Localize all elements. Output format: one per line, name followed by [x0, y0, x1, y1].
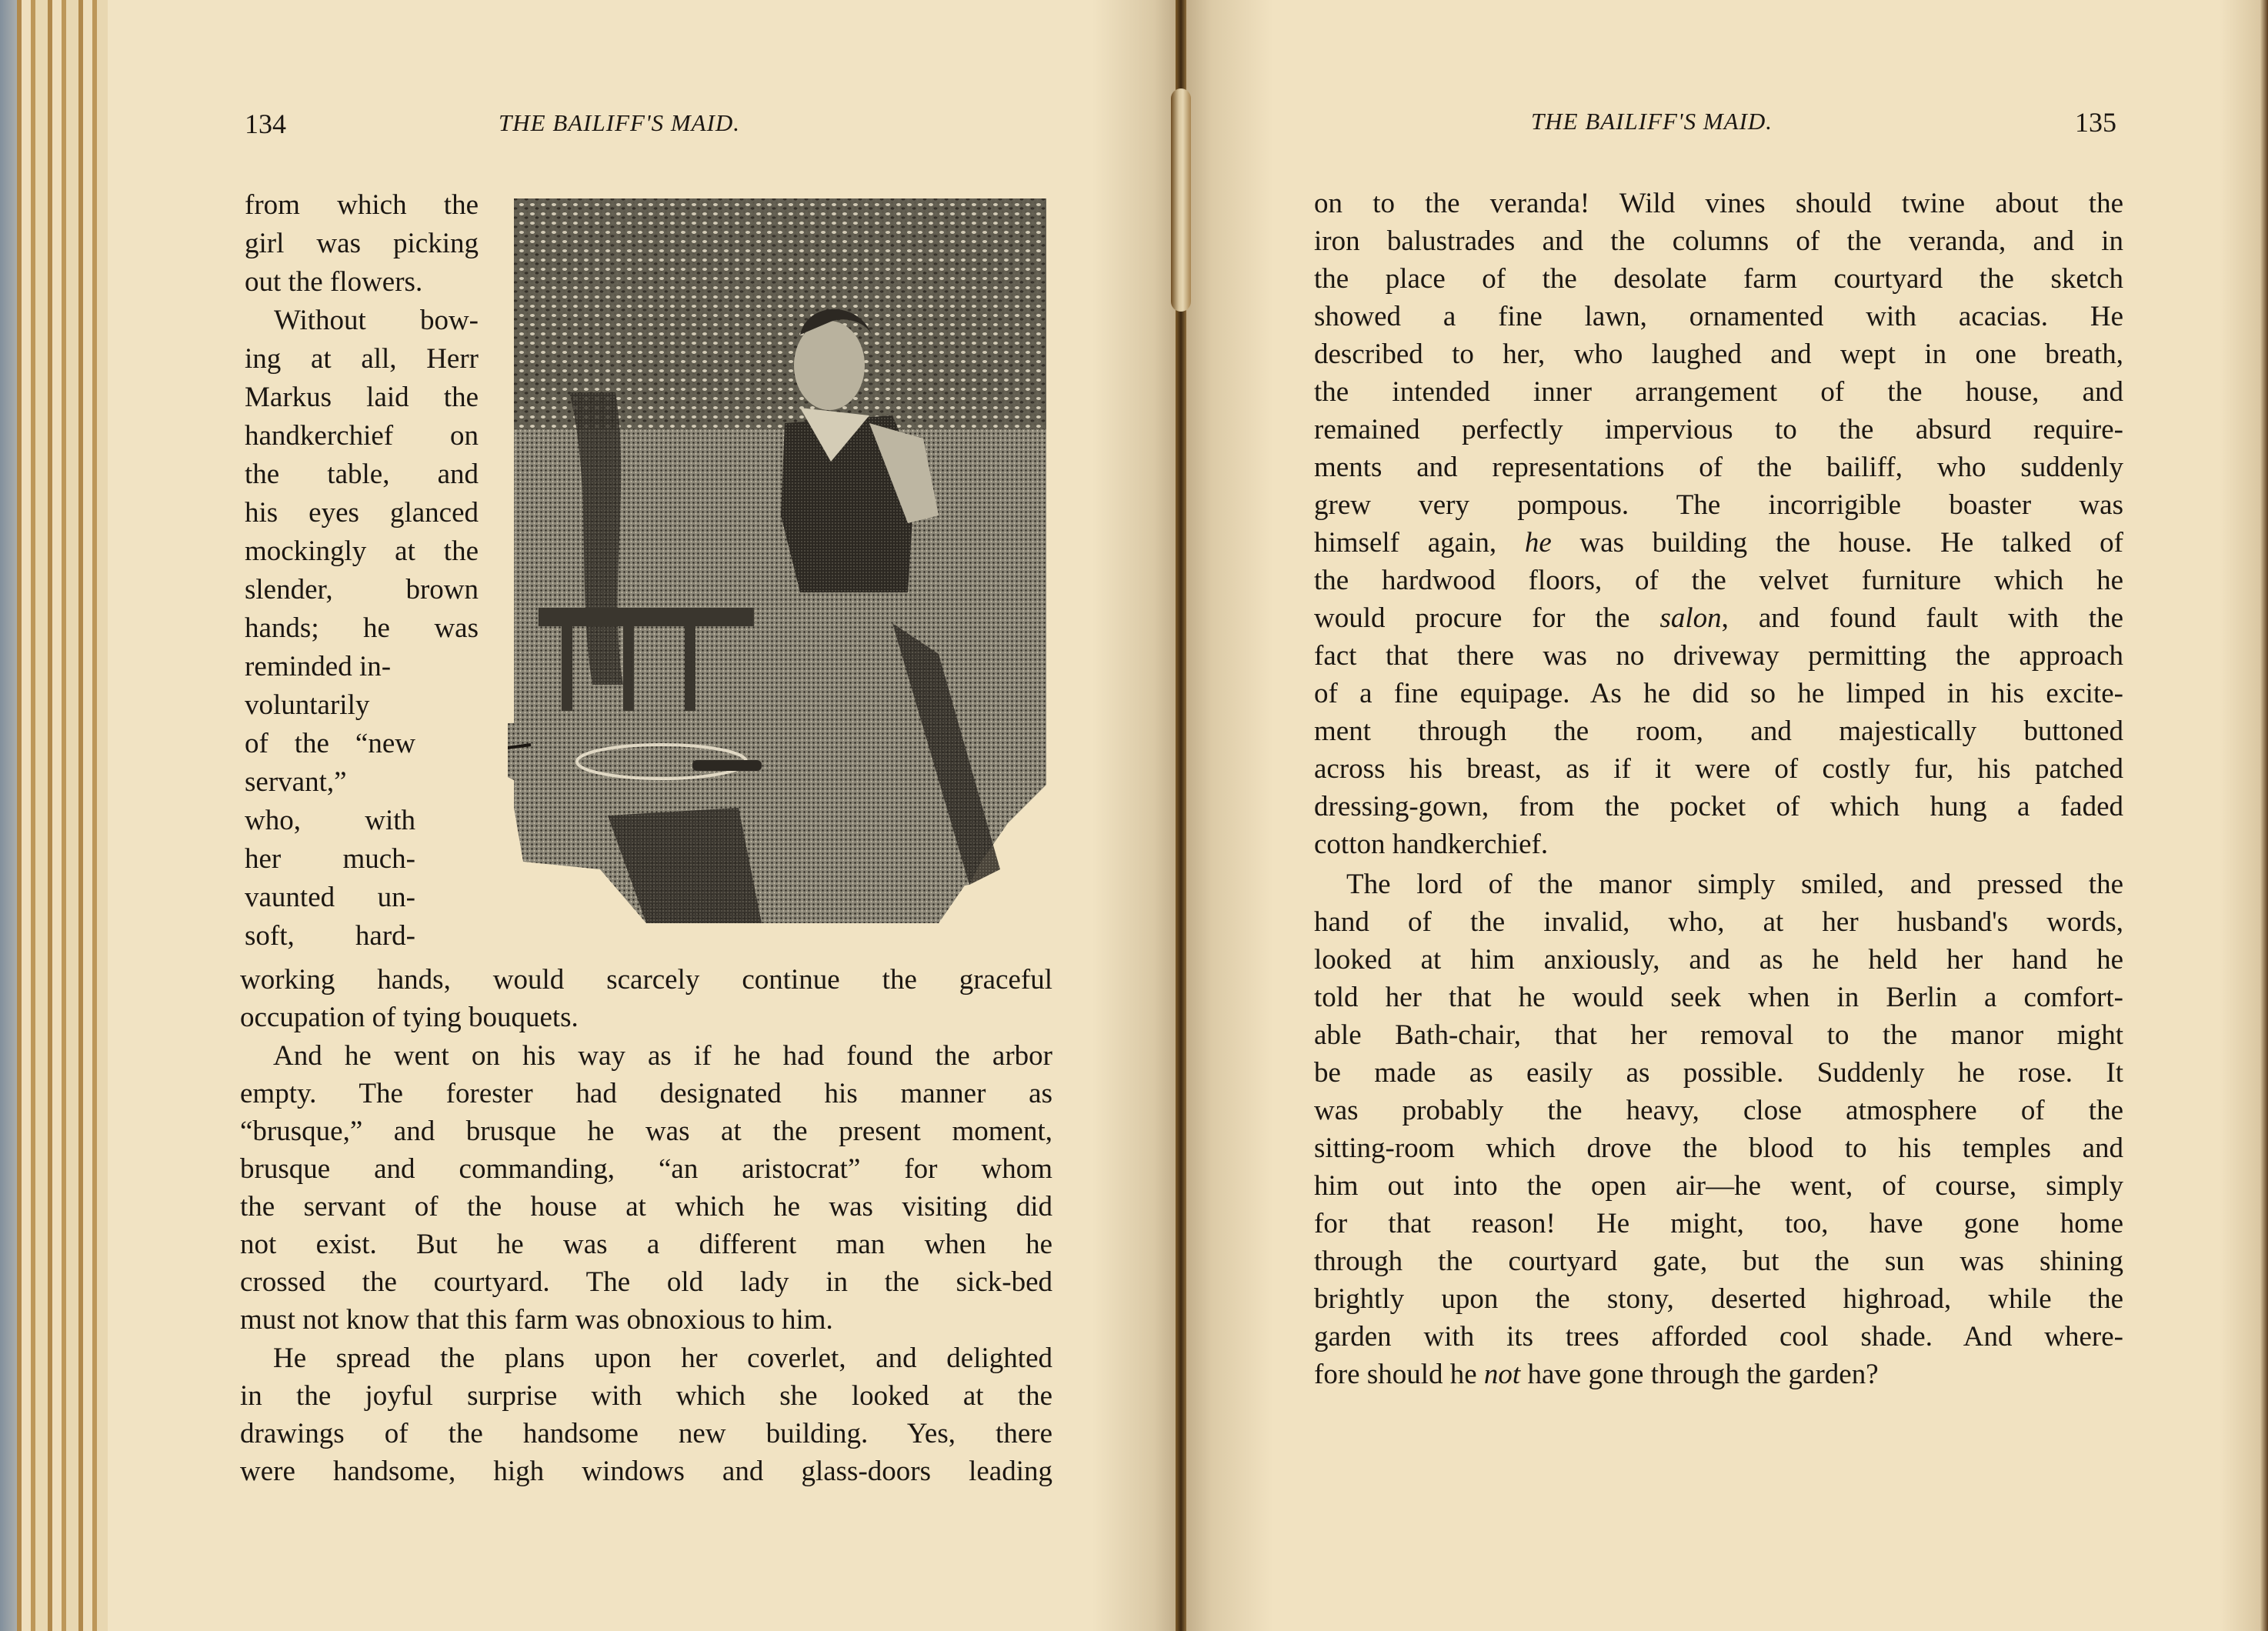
- text-line: looked at him anxiously, and as he held …: [1314, 945, 2123, 976]
- text-line: from which the: [245, 190, 479, 221]
- text-line: ing at all, Herr: [245, 344, 479, 375]
- text-line: his eyes glanced: [245, 498, 479, 529]
- cover-edge: [2260, 0, 2268, 1631]
- text-line: must not know that this farm was obnoxio…: [240, 1305, 1052, 1336]
- text-line: told her that he would seek when in Berl…: [1314, 982, 2123, 1013]
- text-fragment: have gone through the garden?: [1520, 1359, 1878, 1390]
- text-fragment: was building the house. He talked of: [1552, 527, 2123, 559]
- engraving-illustration-icon: [508, 192, 1056, 923]
- text-line: showed a fine lawn, ornamented with acac…: [1314, 302, 2123, 332]
- text-line: grew very pompous. The incorrigible boas…: [1314, 490, 2123, 521]
- text-line: the place of the desolate farm courtyard…: [1314, 264, 2123, 295]
- text-line: of a fine equipage. As he did so he limp…: [1314, 679, 2123, 709]
- text-line: empty. The forester had designated his m…: [240, 1079, 1052, 1109]
- text-line: be made as easily as possible. Suddenly …: [1314, 1058, 2123, 1089]
- text-line: not exist. But he was a different man wh…: [240, 1229, 1052, 1260]
- open-book-spread: 134 THE BAILIFF'S MAID.: [0, 0, 2268, 1631]
- text-line: crossed the courtyard. The old lady in t…: [240, 1267, 1052, 1298]
- text-line: of the “new: [245, 729, 415, 759]
- text-line: described to her, who laughed and wept i…: [1314, 339, 2123, 370]
- text-line: him out into the open air—he went, of co…: [1314, 1171, 2123, 1202]
- italic-emphasis: he: [1525, 527, 1552, 559]
- text-line: cotton handkerchief.: [1314, 829, 2123, 860]
- text-line: garden with its trees afforded cool shad…: [1314, 1322, 2123, 1352]
- page-number-left: 134: [245, 108, 286, 140]
- text-line: ments and representations of the bailiff…: [1314, 452, 2123, 483]
- text-line: hands; he was: [245, 613, 479, 644]
- text-line: “brusque,” and brusque he was at the pre…: [240, 1116, 1052, 1147]
- italic-emphasis: salon: [1659, 602, 1721, 634]
- text-line: was probably the heavy, close atmosphere…: [1314, 1096, 2123, 1126]
- running-head-left: THE BAILIFF'S MAID.: [499, 109, 740, 137]
- text-fragment: himself again,: [1314, 527, 1525, 559]
- text-line: brusque and commanding, “an aristocrat” …: [240, 1154, 1052, 1185]
- text-line: through the courtyard gate, but the sun …: [1314, 1246, 2123, 1277]
- text-line: Markus laid the: [245, 382, 479, 413]
- text-fragment: , and found fault with the: [1722, 602, 2123, 634]
- page-number-right: 135: [2075, 106, 2116, 138]
- text-line: iron balustrades and the columns of the …: [1314, 226, 2123, 257]
- text-line: who, with: [245, 805, 415, 836]
- text-line: servant,”: [245, 767, 415, 798]
- text-line: remained perfectly impervious to the abs…: [1314, 415, 2123, 445]
- text-line: voluntarily: [245, 690, 411, 721]
- text-line: girl was picking: [245, 228, 479, 259]
- text-line: on to the veranda! Wild vines should twi…: [1314, 188, 2123, 219]
- text-line: hand of the invalid, who, at her husband…: [1314, 907, 2123, 938]
- text-line: soft, hard-: [245, 921, 415, 952]
- running-head-right: THE BAILIFF'S MAID.: [1531, 108, 1773, 135]
- text-line: ment through the room, and majestically …: [1314, 716, 2123, 747]
- text-line: The lord of the manor simply smiled, and…: [1346, 869, 2123, 900]
- text-line: the hardwood floors, of the velvet furni…: [1314, 565, 2123, 596]
- text-line: slender, brown: [245, 575, 479, 605]
- text-line: in the joyful surprise with which she lo…: [240, 1381, 1052, 1412]
- text-line: the intended inner arrangement of the ho…: [1314, 377, 2123, 408]
- illustration: [508, 192, 1056, 923]
- italic-emphasis: not: [1484, 1359, 1520, 1390]
- text-line: vaunted un-: [245, 882, 415, 913]
- text-line: reminded in-: [245, 652, 429, 682]
- text-line-mixed: would procure for the salon, and found f…: [1314, 603, 2123, 634]
- text-line: were handsome, high windows and glass-do…: [240, 1456, 1052, 1487]
- text-line: across his breast, as if it were of cost…: [1314, 754, 2123, 785]
- text-line: the table, and: [245, 459, 479, 490]
- text-line: And he went on his way as if he had foun…: [273, 1041, 1052, 1072]
- text-fragment: fore should he: [1314, 1359, 1484, 1390]
- text-line: working hands, would scarcely continue t…: [240, 965, 1052, 996]
- text-line: dressing-gown, from the pocket of which …: [1314, 792, 2123, 822]
- text-line: sitting-room which drove the blood to hi…: [1314, 1133, 2123, 1164]
- text-line: handkerchief on: [245, 421, 479, 452]
- page-fore-edges: [0, 0, 108, 1631]
- text-line-mixed: fore should he not have gone through the…: [1314, 1359, 2123, 1390]
- text-line: able Bath-chair, that her removal to the…: [1314, 1020, 2123, 1051]
- text-line: occupation of tying bouquets.: [240, 1002, 1052, 1033]
- text-line: the servant of the house at which he was…: [240, 1192, 1052, 1222]
- text-line: her much-: [245, 844, 415, 875]
- text-line: for that reason! He might, too, have gon…: [1314, 1209, 2123, 1239]
- text-line: fact that there was no driveway permitti…: [1314, 641, 2123, 672]
- text-line: mockingly at the: [245, 536, 479, 567]
- text-line: out the flowers.: [245, 267, 479, 298]
- binding-thread: [1171, 88, 1191, 312]
- text-line: Without bow-: [274, 305, 479, 336]
- text-line-mixed: himself again, he was building the house…: [1314, 528, 2123, 559]
- text-line: He spread the plans upon her coverlet, a…: [273, 1343, 1052, 1374]
- text-line: brightly upon the stony, deserted highro…: [1314, 1284, 2123, 1315]
- text-fragment: would procure for the: [1314, 602, 1659, 634]
- text-line: drawings of the handsome new building. Y…: [240, 1419, 1052, 1449]
